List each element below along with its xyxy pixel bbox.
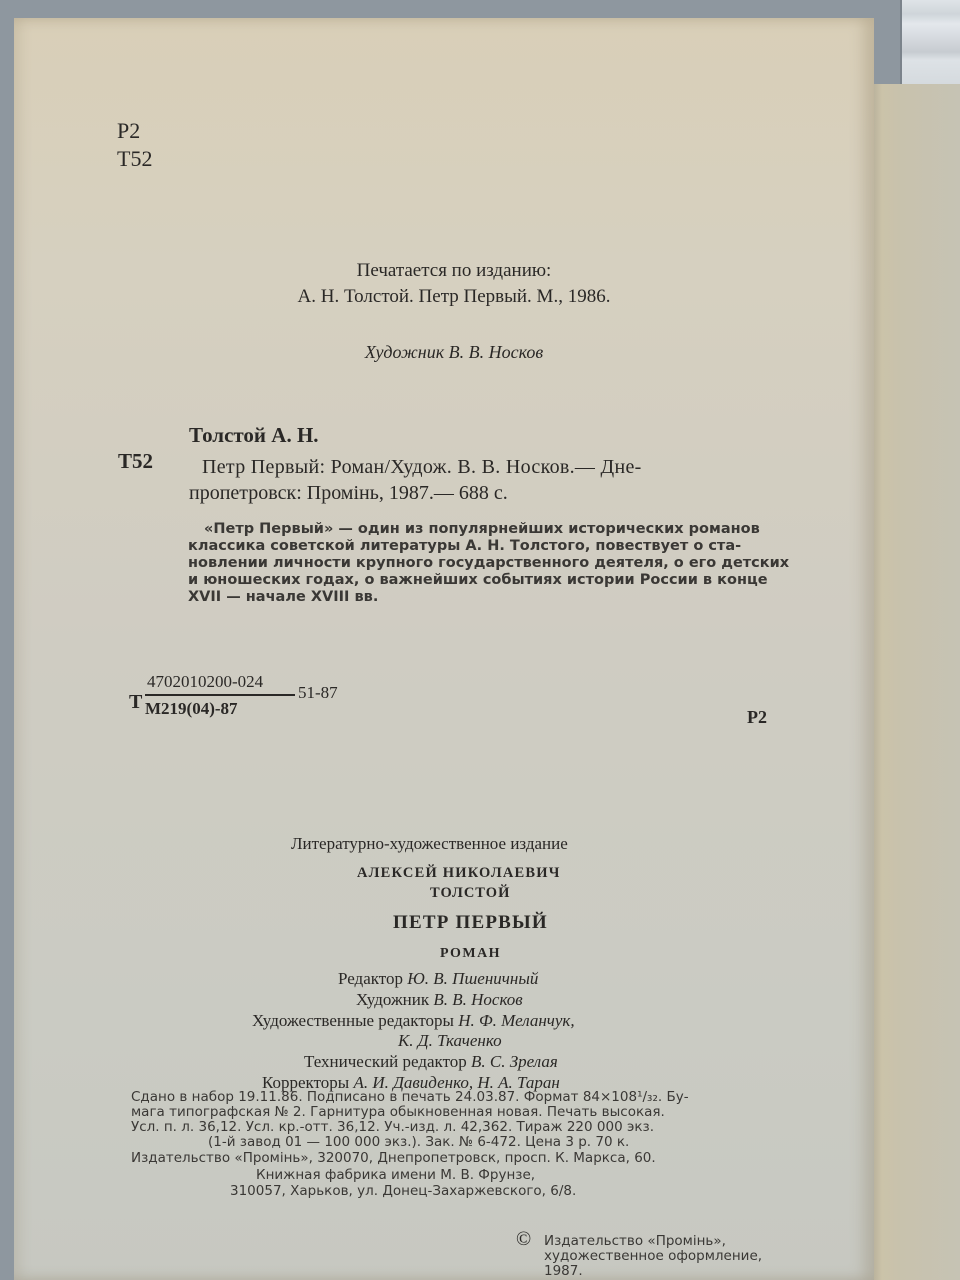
book-page: Р2 Т52 Печатается по изданию: А. Н. Толс… [14, 18, 874, 1280]
imprint-line: 310057, Харьков, ул. Донец-Захаржевского… [230, 1184, 576, 1199]
catalog-author-heading: Толстой А. Н. [189, 422, 319, 448]
imprint-line: (1-й завод 01 — 100 000 экз.). Зак. № 6-… [208, 1135, 629, 1150]
credit-role: Художественные редакторы [252, 1011, 454, 1030]
credit-name: В. В. Носков [433, 990, 522, 1009]
credit-role: Редактор [338, 969, 403, 988]
index-code-suffix: 51-87 [298, 683, 338, 703]
annotation-line: новлении личности крупного государственн… [188, 555, 789, 572]
book-genre: РОМАН [440, 945, 501, 963]
imprint-line: Книжная фабрика имени М. В. Фрунзе, [256, 1168, 535, 1183]
book-title: ПЕТР ПЕРВЫЙ [393, 911, 548, 935]
credit-name: К. Д. Ткаченко [398, 1030, 502, 1051]
credit-editor: Редактор Ю. В. Пшеничный [338, 968, 538, 989]
index-code-denominator: М219(04)-87 [145, 699, 238, 719]
annotation-line: и юношеских годах, о важнейших событиях … [188, 572, 768, 589]
copyright-line-1: Издательство «Промінь», [544, 1234, 726, 1249]
author-surname: ТОЛСТОЙ [430, 884, 510, 902]
source-edition-ref: А. Н. Толстой. Петр Первый. М., 1986. [14, 286, 884, 308]
fraction-bar [145, 694, 295, 696]
catalog-author-mark: Т52 [118, 448, 153, 474]
index-bbk-code: Р2 [747, 706, 767, 728]
index-code-numerator: 4702010200-024 [147, 672, 263, 692]
copyright-line-2: художественное оформление, [544, 1249, 762, 1264]
credit-technical-editor: Технический редактор В. С. Зрелая [304, 1051, 558, 1072]
imprint-line: Усл. п. л. 36,12. Усл. кр.-отт. 36,12. У… [131, 1120, 654, 1135]
source-edition-label: Печатается по изданию: [14, 260, 884, 282]
credit-role: Технический редактор [304, 1052, 467, 1071]
annotation-line: «Петр Первый» — один из популярнейших ис… [204, 521, 760, 538]
credit-name: В. С. Зрелая [471, 1052, 558, 1071]
imprint-line: мага типографская № 2. Гарнитура обыкнов… [131, 1105, 665, 1120]
credit-artist: Художник В. В. Носков [356, 989, 523, 1010]
catalog-entry-line-2: пропетровск: Промінь, 1987.— 688 с. [189, 481, 508, 506]
imprint-line: Издательство «Промінь», 320070, Днепропе… [131, 1151, 656, 1166]
credit-name: Ю. В. Пшеничный [407, 969, 538, 988]
imprint-line: Сдано в набор 19.11.86. Подписано в печа… [131, 1090, 689, 1105]
illustrator-credit: Художник В. В. Носков [14, 341, 884, 363]
author-given-names: АЛЕКСЕЙ НИКОЛАЕВИЧ [357, 864, 561, 882]
credit-name: Н. Ф. Меланчук, [458, 1011, 574, 1030]
copyright-icon: © [516, 1228, 531, 1250]
annotation-line: XVII — начале XVIII вв. [188, 589, 378, 606]
author-mark: Т52 [117, 146, 152, 172]
index-code-letter: Т [129, 690, 142, 714]
edition-type: Литературно-художественное издание [291, 834, 568, 854]
annotation-line: классика советской литературы А. Н. Толс… [188, 538, 741, 555]
facing-page-edge [872, 84, 960, 1280]
catalog-entry-line-1: Петр Первый: Роман/Худож. В. В. Носков.—… [202, 455, 642, 480]
credit-role: Художник [356, 990, 429, 1009]
credit-art-editors: Художественные редакторы Н. Ф. Меланчук, [252, 1010, 575, 1031]
copyright-line-3: 1987. [544, 1264, 583, 1279]
bbk-code: Р2 [117, 118, 140, 144]
